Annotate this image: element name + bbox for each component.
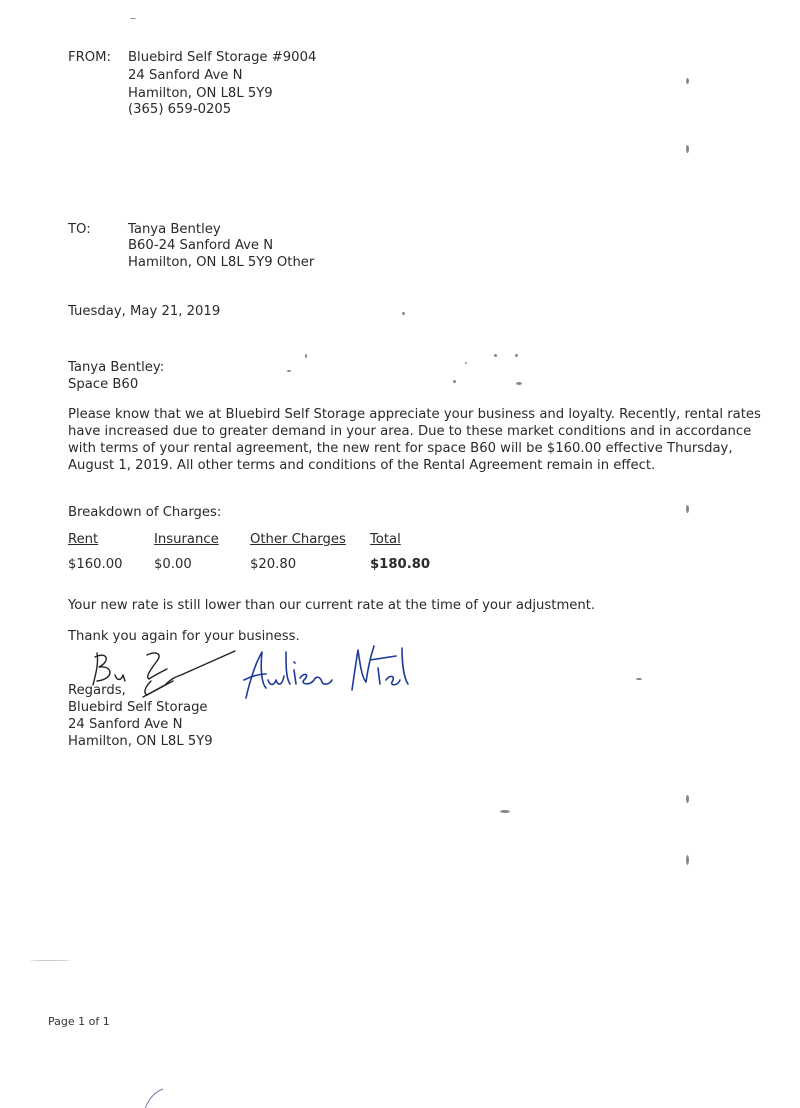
- scan-speck: [516, 382, 522, 385]
- charges-header-other: Other Charges: [250, 532, 346, 547]
- to-line: B60-24 Sanford Ave N: [128, 237, 273, 255]
- page-number: Page 1 of 1: [48, 1015, 110, 1028]
- body-line: August 1, 2019. All other terms and cond…: [68, 457, 788, 474]
- scan-speck: [453, 380, 456, 383]
- scan-speck: [402, 312, 405, 315]
- from-line: Bluebird Self Storage #9004: [128, 49, 316, 67]
- closing-line: Hamilton, ON L8L 5Y9: [68, 733, 213, 751]
- scan-speck: [494, 354, 497, 357]
- to-line: Hamilton, ON L8L 5Y9 Other: [128, 254, 314, 272]
- scan-speck: [130, 18, 136, 19]
- scan-speck: [287, 370, 291, 372]
- scan-speck: [686, 795, 689, 803]
- charges-header-total: Total: [370, 532, 401, 547]
- body-line: with terms of your rental agreement, the…: [68, 440, 788, 457]
- scan-speck: [30, 960, 70, 961]
- body-line: Please know that we at Bluebird Self Sto…: [68, 406, 788, 423]
- to-label: TO:: [68, 221, 91, 239]
- scan-speck: [636, 678, 642, 680]
- scan-speck: [686, 145, 689, 153]
- scan-speck: [465, 362, 467, 364]
- charges-value-total: $180.80: [370, 557, 430, 572]
- closing-line: 24 Sanford Ave N: [68, 716, 182, 734]
- salutation-name: Tanya Bentley:: [68, 359, 164, 377]
- scan-speck: [686, 505, 689, 513]
- scan-speck: [305, 354, 307, 358]
- charges-title: Breakdown of Charges:: [68, 504, 221, 522]
- rate-note: Your new rate is still lower than our cu…: [68, 597, 595, 615]
- from-line: 24 Sanford Ave N: [128, 67, 242, 85]
- charges-value-rent: $160.00: [68, 557, 123, 572]
- charges-value-other: $20.80: [250, 557, 296, 572]
- scan-mark: [143, 1085, 173, 1108]
- scan-speck: [686, 855, 689, 865]
- letter-date: Tuesday, May 21, 2019: [68, 303, 220, 321]
- blue-signature: [240, 640, 420, 702]
- scan-speck: [500, 810, 510, 813]
- from-label: FROM:: [68, 49, 111, 67]
- charges-header-rent: Rent: [68, 532, 98, 547]
- body-line: have increased due to greater demand in …: [68, 423, 788, 440]
- black-signature: [85, 645, 245, 705]
- salutation-space: Space B60: [68, 376, 138, 394]
- scan-speck: [515, 354, 518, 357]
- charges-header-insurance: Insurance: [154, 532, 219, 547]
- from-phone: (365) 659-0205: [128, 101, 231, 119]
- charges-value-insurance: $0.00: [154, 557, 192, 572]
- scan-speck: [686, 78, 689, 84]
